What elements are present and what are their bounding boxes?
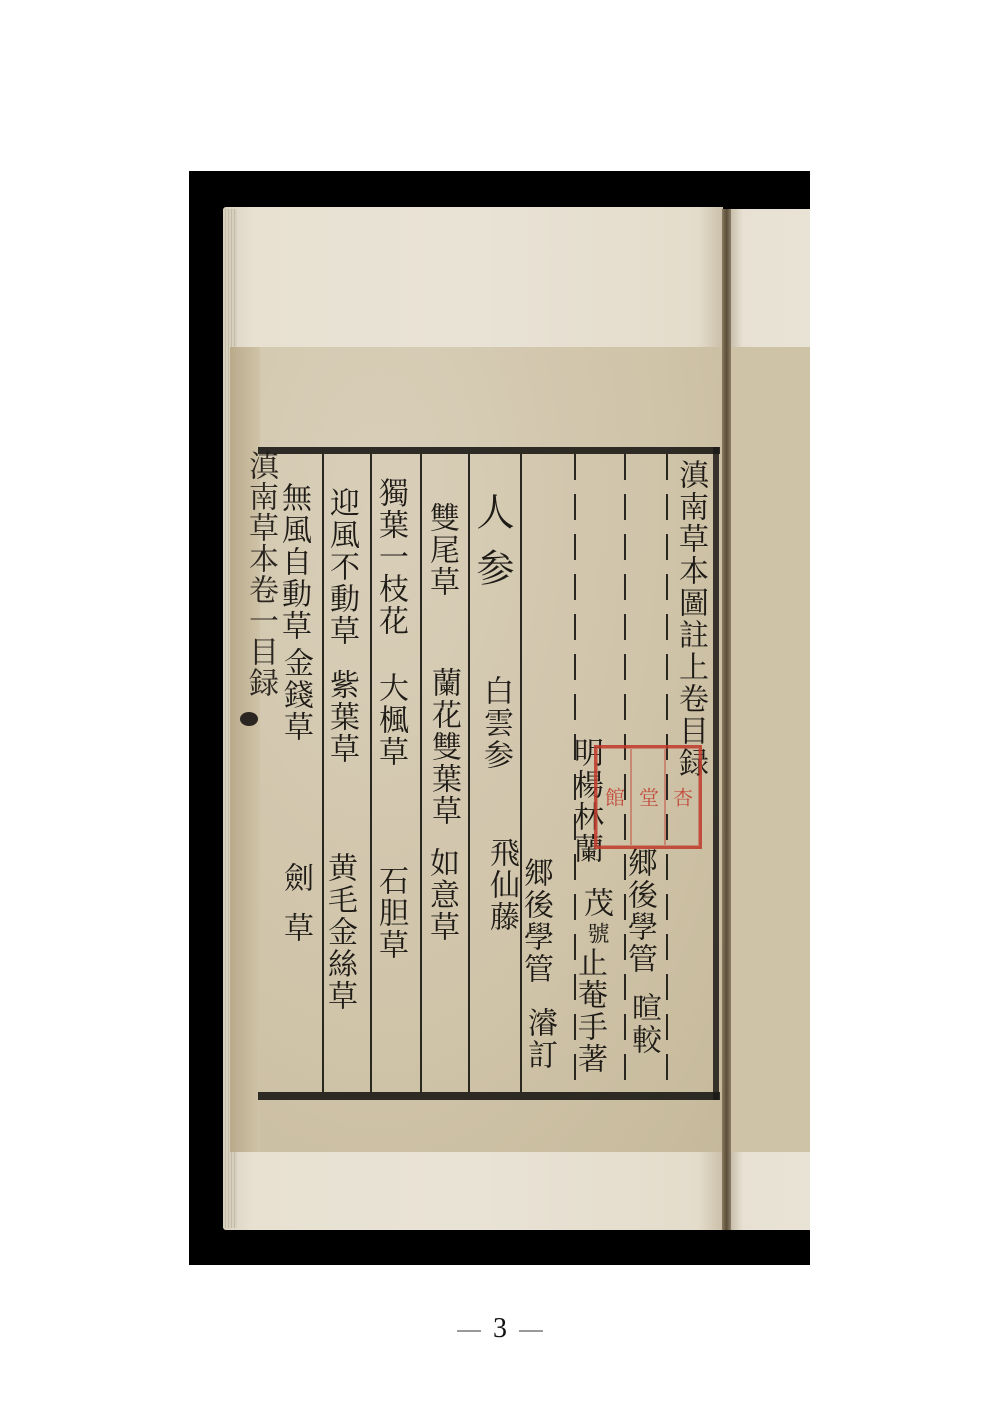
book-title-column: 滇南草本圖註上卷目録 [675, 459, 705, 779]
dash-left [457, 1330, 481, 1332]
editor-top: 郷後學管 [520, 857, 550, 985]
column-rule [370, 454, 372, 1092]
editor-bottom: 濬訂 [524, 1007, 554, 1071]
entry-jiancao: 劍草 [280, 862, 310, 962]
entry-yingfeng-budongcao: 迎風不動草 [326, 487, 356, 647]
seal-char: 館 [597, 748, 631, 846]
seal-char: 杏 [665, 748, 699, 846]
entry-feixianteng: 飛仙藤 [486, 837, 516, 933]
entry-jinqiancao: 金錢草 [280, 647, 310, 743]
page-number: 3 [0, 1313, 1000, 1345]
entry-shidancao: 石胆草 [375, 865, 405, 961]
entry-duye-yizhihua: 獨葉一枝花 [375, 477, 405, 637]
fish-tail-mark [240, 712, 258, 726]
entry-ziyecao: 紫葉草 [326, 669, 356, 765]
page-number-value: 3 [493, 1313, 507, 1344]
block-border-bottom [258, 1092, 720, 1100]
dash-right [519, 1330, 543, 1332]
author-hao-note: 號 [585, 922, 607, 946]
red-collector-seal: 館 堂 杏 [594, 745, 702, 849]
column-rule [420, 454, 422, 1092]
entry-lanhua-shuangyecao: 蘭花雙葉草 [428, 667, 458, 827]
collator-bottom: 暄較 [628, 992, 658, 1056]
entry-wufeng-zidongcao: 無風自動草 [278, 482, 308, 642]
entry-dafengcao: 大楓草 [375, 672, 405, 768]
entry-huangmao-jinsicao: 黄毛金絲草 [324, 852, 354, 1012]
seal-char: 堂 [631, 748, 665, 846]
entry-ruyicao: 如意草 [426, 847, 456, 943]
block-border-right [713, 447, 719, 1100]
collator-top: 郷後學管 [624, 847, 654, 975]
author-courtesy: 茂 [580, 887, 610, 919]
author-studio: 止菴手著 [574, 947, 604, 1075]
entry-shuangweicao: 雙尾草 [426, 502, 456, 598]
entry-renshen: 人参 [473, 492, 511, 604]
entry-baiyunshen: 白雲参 [480, 675, 510, 771]
book-spine-gutter [722, 209, 731, 1230]
right-aged-leaf [731, 347, 810, 1152]
column-rule [520, 454, 522, 1092]
block-border-top [258, 447, 720, 454]
